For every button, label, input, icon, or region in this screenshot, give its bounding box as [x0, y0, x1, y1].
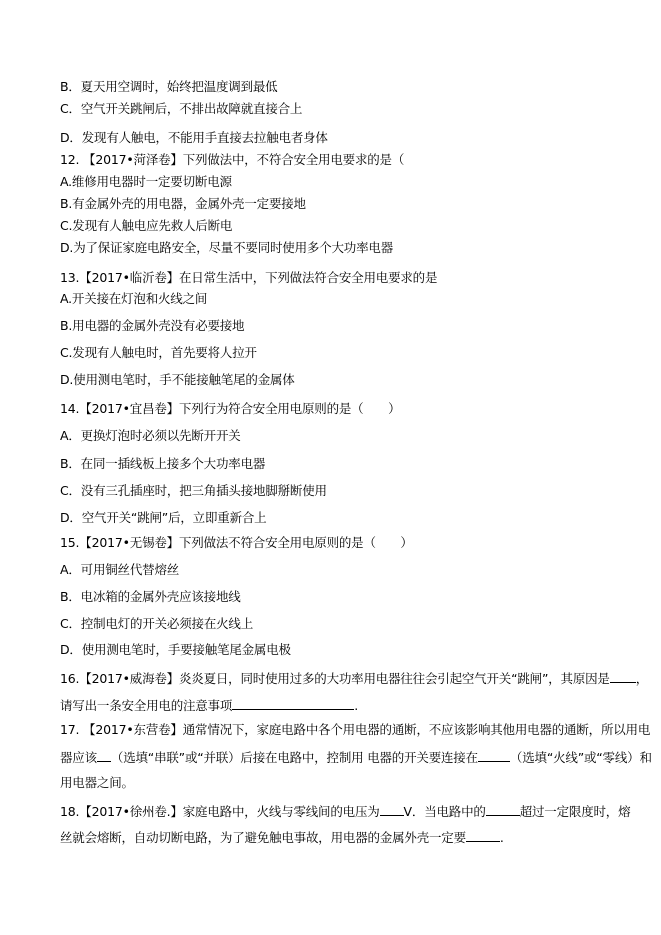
q17-blank-connection[interactable]	[97, 749, 111, 762]
q17-text-a: 器应该	[60, 750, 97, 765]
q11-option-d: D．发现有人触电，不能用手直接去拉触电者身体	[60, 130, 328, 146]
q18-blank-ground[interactable]	[466, 829, 500, 842]
q17-text-b: （选填“串联”或“并联）后接在电路中，控制用 电器的开关要连接在	[111, 750, 478, 765]
q18-line-1: 18.【2017•徐州卷.】家庭电路中，火线与零线间的电压为V．当电路中的超过一…	[60, 803, 630, 820]
q17-line-2: 器应该（选填“串联”或“并联）后接在电路中，控制用 电器的开关要连接在（选填“火…	[60, 749, 652, 766]
q11-option-c: C．空气开关跳闸后，不排出故障就直接合上	[60, 101, 302, 117]
q16-text-2: 请写出一条安全用电的注意事项	[60, 698, 232, 713]
q17-line-3: 用电器之间。	[60, 775, 134, 791]
q15-option-c: C．控制电灯的开关必须接在火线上	[60, 616, 253, 632]
q16-line-2: 请写出一条安全用电的注意事项.	[60, 697, 358, 714]
q16-line-1: 16.【2017•威海卷】炎炎夏日，同时使用过多的大功率用电器往往会引起空气开关…	[60, 670, 648, 687]
q15-option-b: B．电冰箱的金属外壳应该接地线	[60, 589, 241, 605]
q18-text-d: 丝就会熔断，自动切断电路，为了避免触电事故，用电器的金属外壳一定要	[60, 830, 466, 845]
q13-stem: 13.【2017•临沂卷】在日常生活中，下列做法符合安全用电要求的是	[60, 270, 437, 286]
q18-period: .	[500, 830, 504, 845]
q15-stem: 15.【2017•无锡卷】下列做法不符合安全用电原则的是（ ）	[60, 535, 413, 551]
q18-blank-voltage[interactable]	[380, 803, 404, 816]
q15-option-a: A．可用铜丝代替熔丝	[60, 562, 179, 578]
q14-option-d: D．空气开关“跳闸”后，立即重新合上	[60, 510, 266, 526]
q14-option-a: A．更换灯泡时必须以先断开开关	[60, 428, 241, 444]
q18-text-c: 超过一定限度时，熔	[520, 804, 631, 819]
q14-option-c: C．没有三孔插座时，把三角插头接地脚掰断使用	[60, 483, 327, 499]
q11-option-b: B．夏天用空调时，始终把温度调到最低	[60, 79, 277, 95]
q18-line-2: 丝就会熔断，自动切断电路，为了避免触电事故，用电器的金属外壳一定要.	[60, 829, 504, 846]
q13-option-d: D.使用测电笔时，手不能接触笔尾的金属体	[60, 372, 295, 388]
q18-text-a: 18.【2017•徐州卷.】家庭电路中，火线与零线间的电压为	[60, 804, 380, 819]
q12-option-d: D.为了保证家庭电路安全，尽量不要同时使用多个大功率电器	[60, 240, 393, 256]
q18-blank-current[interactable]	[486, 803, 520, 816]
q16-comma: ，	[636, 671, 648, 686]
q16-period: .	[354, 698, 358, 713]
q16-text: 16.【2017•威海卷】炎炎夏日，同时使用过多的大功率用电器往往会引起空气开关…	[60, 671, 610, 686]
q13-option-c: C.发现有人触电时，首先要将人拉开	[60, 345, 257, 361]
q17-line-1: 17. 【2017•东营卷】通常情况下，家庭电路中各个用电器的通断，不应该影响其…	[60, 722, 650, 738]
q14-option-b: B．在同一插线板上接多个大功率电器	[60, 456, 265, 472]
q13-option-b: B.用电器的金属外壳没有必要接地	[60, 318, 244, 334]
q17-text-c: （选填“火线”或“零线）和	[510, 750, 652, 765]
q17-blank-wire[interactable]	[478, 749, 510, 762]
q16-blank-safety[interactable]	[232, 697, 354, 710]
q14-stem: 14.【2017•宜昌卷】下列行为符合安全用电原则的是（ ）	[60, 401, 400, 417]
q13-option-a: A.开关接在灯泡和火线之间	[60, 291, 207, 307]
q15-option-d: D．使用测电笔时，手要接触笔尾金属电极	[60, 642, 291, 658]
q12-option-a: A.维修用电器时一定要切断电源	[60, 174, 232, 190]
q12-stem: 12. 【2017•菏泽卷】下列做法中，不符合安全用电要求的是（	[60, 152, 404, 168]
q18-text-b: V．当电路中的	[404, 804, 486, 819]
q16-blank-reason[interactable]	[610, 670, 636, 683]
q12-option-c: C.发现有人触电应先救人后断电	[60, 218, 232, 234]
q12-option-b: B.有金属外壳的用电器，金属外壳一定要接地	[60, 196, 306, 212]
